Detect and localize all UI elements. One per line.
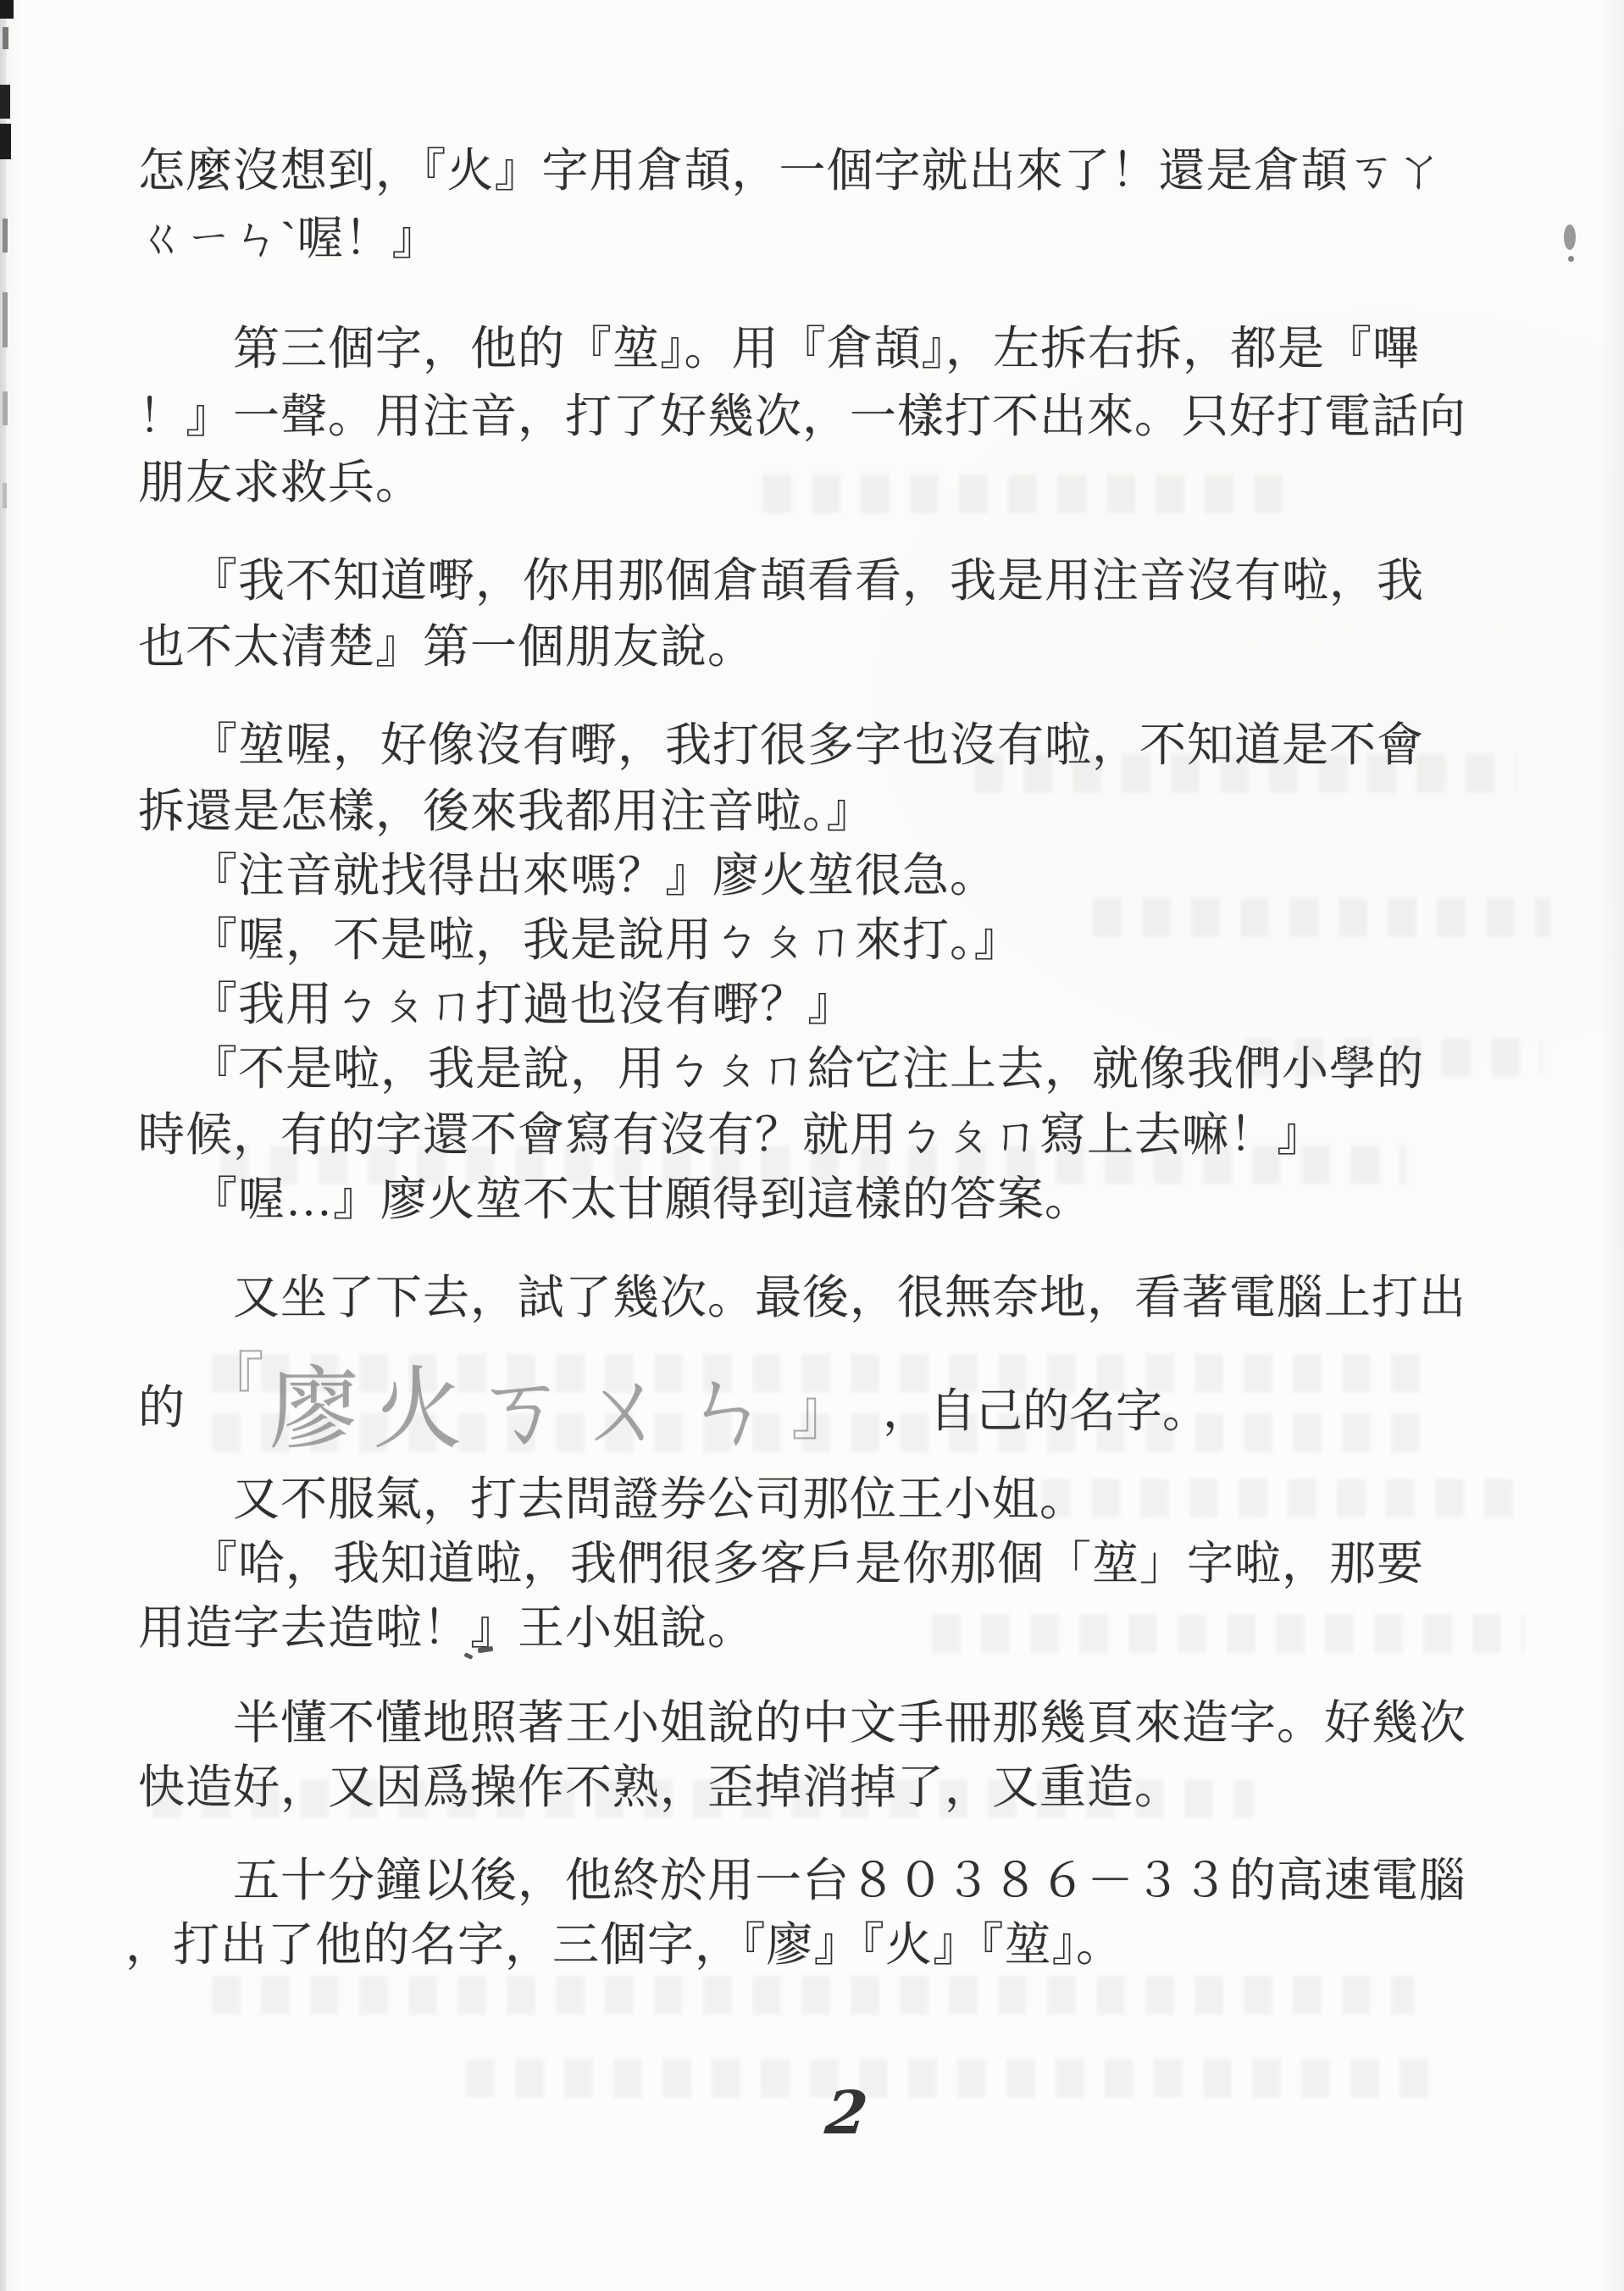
scan-artifact xyxy=(0,0,14,19)
scan-artifact xyxy=(3,391,8,425)
typed-name-prefix: 的 xyxy=(138,1370,185,1456)
bleed-through-ghost-text xyxy=(220,1145,1406,1184)
scan-artifact xyxy=(3,219,8,252)
scan-artifact xyxy=(3,483,7,508)
body-line: 又坐了下去，試了幾次。最後，很無奈地，看著電腦上打出 xyxy=(138,1269,1622,1327)
bleed-through-ghost-text xyxy=(466,2059,1440,2098)
bleed-through-ghost-text xyxy=(152,1779,1254,1818)
body-line: 『注音就找得出來嗎？』廖火堃很急。 xyxy=(138,847,1580,905)
body-line: ！』一聲。用注音，打了好幾次，一樣打不出來。只好打電話向 xyxy=(138,388,1527,446)
body-line: 『哈，我知道啦，我們很多客戶是你那個「堃」字啦，那要 xyxy=(138,1535,1580,1593)
scan-artifact xyxy=(3,27,8,49)
bleed-through-ghost-text xyxy=(212,1354,1440,1393)
bleed-through-ghost-text xyxy=(1245,1038,1542,1077)
ink-speck xyxy=(1564,225,1576,250)
body-line: 也不太清楚』第一個朋友說。 xyxy=(138,619,1527,676)
bleed-through-ghost-text xyxy=(974,754,1516,793)
bleed-through-ghost-text xyxy=(762,474,1288,513)
body-line: 半懂不懂地照著王小姐說的中文手冊那幾頁來造字。好幾次 xyxy=(138,1695,1622,1752)
ink-speck xyxy=(1568,256,1574,262)
bleed-through-ghost-text xyxy=(1093,898,1550,937)
bleed-through-ghost-text xyxy=(212,1413,1440,1452)
bleed-through-ghost-text xyxy=(1042,1478,1525,1517)
body-line: 『我用ㄅㄆㄇ打過也沒有嘢？』 xyxy=(138,976,1580,1034)
body-line: 『我不知道嘢，你用那個倉頡看看，我是用注音沒有啦，我 xyxy=(138,552,1580,610)
body-line: 第三個字，他的『堃』。用『倉頡』，左拆右拆，都是『嗶 xyxy=(138,320,1622,378)
scan-artifact xyxy=(3,292,8,347)
body-line: 怎麼沒想到，『火』字用倉頡，一個字就出來了！還是倉頡ㄎㄚ xyxy=(138,142,1527,200)
body-line: ㄍㄧㄣˋ喔！』 xyxy=(138,210,1527,268)
scanned-book-page: 怎麼沒想到，『火』字用倉頡，一個字就出來了！還是倉頡ㄎㄚ ㄍㄧㄣˋ喔！』 第三個… xyxy=(0,0,1624,2291)
scan-artifact xyxy=(0,85,10,119)
body-line: 五十分鐘以後，他終於用一台８０３８６－３３的高速電腦 xyxy=(138,1852,1622,1910)
bleed-through-ghost-text xyxy=(932,1614,1525,1653)
scan-artifact xyxy=(0,124,11,159)
body-line: ，打出了他的名字，三個字，『廖』『火』『堃』。 xyxy=(125,1917,1515,1974)
bleed-through-ghost-text xyxy=(212,1976,1415,2015)
